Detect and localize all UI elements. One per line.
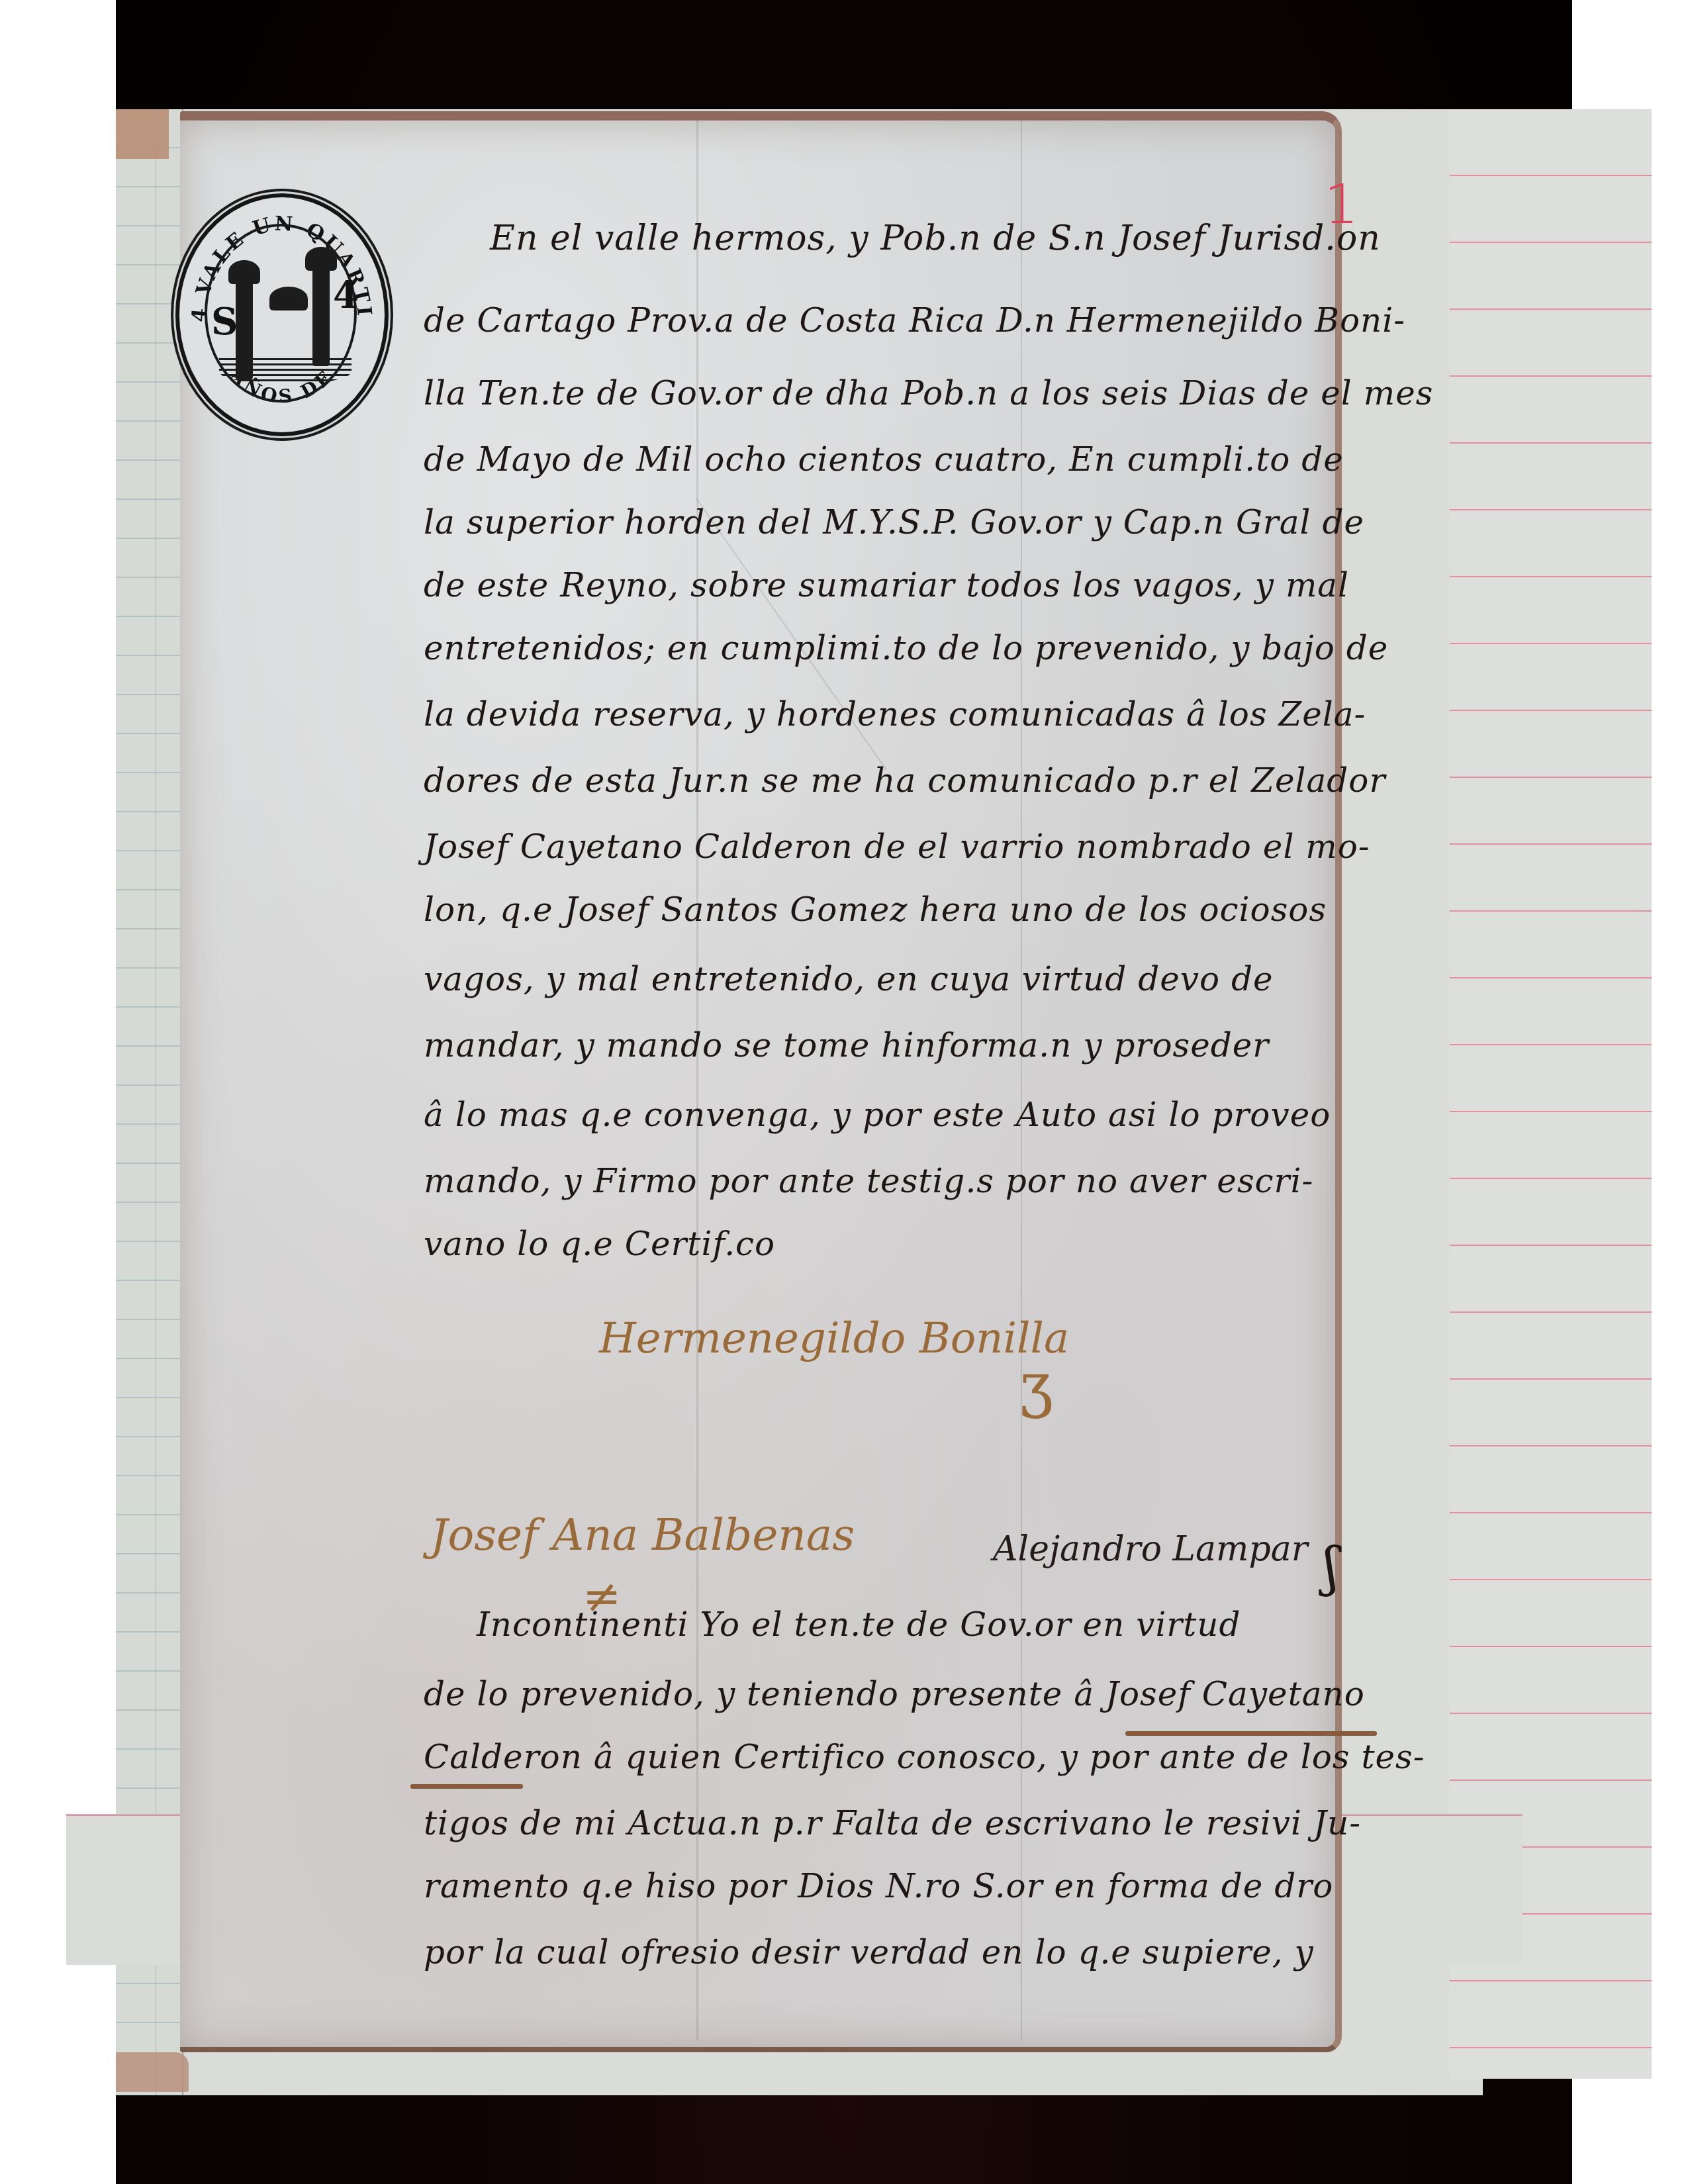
body-line: lon, q.e Josef Santos Gomez hera uno de … [424,890,1327,929]
body-line: de este Reyno, sobre sumariar todos los … [424,566,1349,604]
backing-fold-line [116,109,156,2095]
pillar-icon [312,267,330,366]
body-line: Josef Cayetano Calderon de el varrio nom… [424,828,1370,866]
body-line: entretenidos; en cumplimi.to de lo preve… [424,629,1388,667]
backing-right-ruled-strip [1450,109,1652,2079]
backing-left-strip [116,109,183,2095]
body-line: â lo mas q.e convenga, y por este Auto a… [424,1096,1331,1134]
body-line: por la cual ofresio desir verdad en lo q… [424,1933,1314,1971]
seal-letter-s: S [211,300,238,344]
signature-witness-lampar: Alejandro Lampar [993,1529,1308,1569]
waves-icon [219,358,352,385]
body-line: En el valle hermos, y Pob.n de S.n Josef… [490,218,1381,258]
signature-witness-balbenas: Josef Ana Balbenas [430,1509,855,1560]
body-line: de Mayo de Mil ocho cientos cuatro, En c… [424,440,1344,479]
body-line: ramento q.e hiso por Dios N.ro S.or en f… [424,1867,1333,1905]
body-line: tigos de mi Actua.n p.r Falta de escriva… [424,1804,1361,1842]
body-line: la devida reserva, y hordenes comunicada… [424,695,1366,734]
signature-hermenegildo-bonilla: Hermenegildo Bonilla [599,1314,1069,1363]
tape-fragment-top [116,109,169,159]
underline-mark [410,1784,523,1789]
rubric-flourish-icon: ʒ [1019,1351,1053,1420]
body-line: de Cartago Prov.a de Costa Rica D.n Herm… [424,301,1405,340]
body-line: mando, y Firmo por ante testig.s por no … [424,1162,1313,1200]
body-line: vagos, y mal entretenido, en cuya virtud… [424,960,1274,998]
body-line: vano lo q.e Certif.co [424,1225,775,1263]
body-line: Incontinenti Yo el ten.te de Gov.or en v… [477,1605,1241,1644]
seal-numeral: 4 [333,273,359,317]
seal-emblem-icon: S 4 [219,260,352,379]
rubric-flourish-icon: ʃ [1324,1536,1338,1597]
crown-icon [269,287,308,310]
body-line: mandar, y mando se tome hinforma.n y pro… [424,1026,1269,1065]
body-line: dores de esta Jur.n se me ha comunicado … [424,761,1385,800]
underline-mark [1125,1731,1377,1736]
body-line: lla Ten.te de Gov.or de dha Pob.n a los … [424,374,1433,412]
tape-fragment-bottom [116,2052,189,2092]
body-line: de lo prevenido, y teniendo presente â J… [424,1675,1365,1713]
body-line: la superior horden del M.Y.S.P. Gov.or y… [424,503,1364,542]
stamp-seal: 1804 VALE UN QUARTILLO AÑOS DE S 4 [175,193,389,436]
body-line: Calderon â quien Certifico conosco, y po… [424,1738,1425,1776]
